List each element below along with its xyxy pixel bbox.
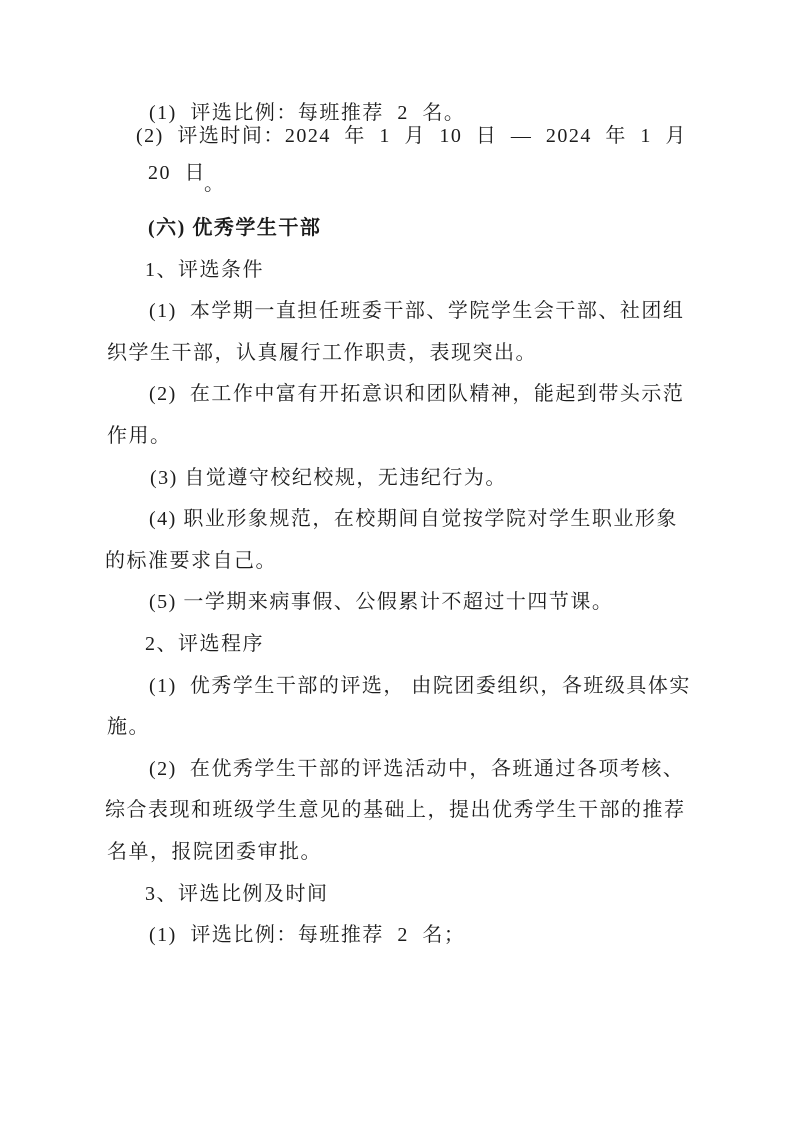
ratio-item-1: (1) 评选比例：每班推荐 2 名；: [149, 925, 465, 945]
procedure-item-2: (2) 在优秀学生干部的评选活动中，各班通过各项考核、: [149, 759, 684, 779]
list-item-time-prev-wrap: 20 日: [148, 163, 206, 183]
procedure-item-2-wrap2: 名单，报院团委审批。: [107, 842, 322, 862]
condition-item-4: (4) 职业形象规范，在校期间自觉按学院对学生职业形象: [149, 509, 678, 529]
section-heading: (六) 优秀学生干部: [148, 218, 321, 238]
condition-item-1-wrap: 织学生干部，认真履行工作职责，表现突出。: [107, 343, 537, 363]
condition-item-3: (3) 自觉遵守校纪校规，无违纪行为。: [150, 468, 507, 488]
subsection-heading-1: 1、评选条件: [145, 260, 264, 280]
condition-item-2-wrap: 作用。: [107, 426, 172, 446]
subsection-heading-2: 2、评选程序: [145, 634, 264, 654]
procedure-item-1-wrap: 施。: [107, 717, 150, 737]
condition-item-4-wrap: 的标准要求自己。: [105, 551, 277, 571]
condition-item-5: (5) 一学期来病事假、公假累计不超过十四节课。: [149, 592, 613, 612]
condition-item-1: (1) 本学期一直担任班委干部、学院学生会干部、社团组: [149, 301, 684, 321]
orphan-period: 。: [204, 174, 226, 194]
list-item-ratio-prev: (1) 评选比例：每班推荐 2 名。: [149, 103, 465, 123]
document-page: (1) 评选比例：每班推荐 2 名。(2) 评选时间：2024 年 1 月 10…: [0, 0, 793, 1122]
procedure-item-2-wrap1: 综合表现和班级学生意见的基础上，提出优秀学生干部的推荐: [105, 800, 686, 820]
condition-item-2: (2) 在工作中富有开拓意识和团队精神，能起到带头示范: [149, 384, 684, 404]
procedure-item-1: (1) 优秀学生干部的评选， 由院团委组织，各班级具体实: [149, 676, 691, 696]
list-item-time-prev: (2) 评选时间：2024 年 1 月 10 日 — 2024 年 1 月: [136, 126, 687, 146]
subsection-heading-3: 3、评选比例及时间: [145, 884, 329, 904]
